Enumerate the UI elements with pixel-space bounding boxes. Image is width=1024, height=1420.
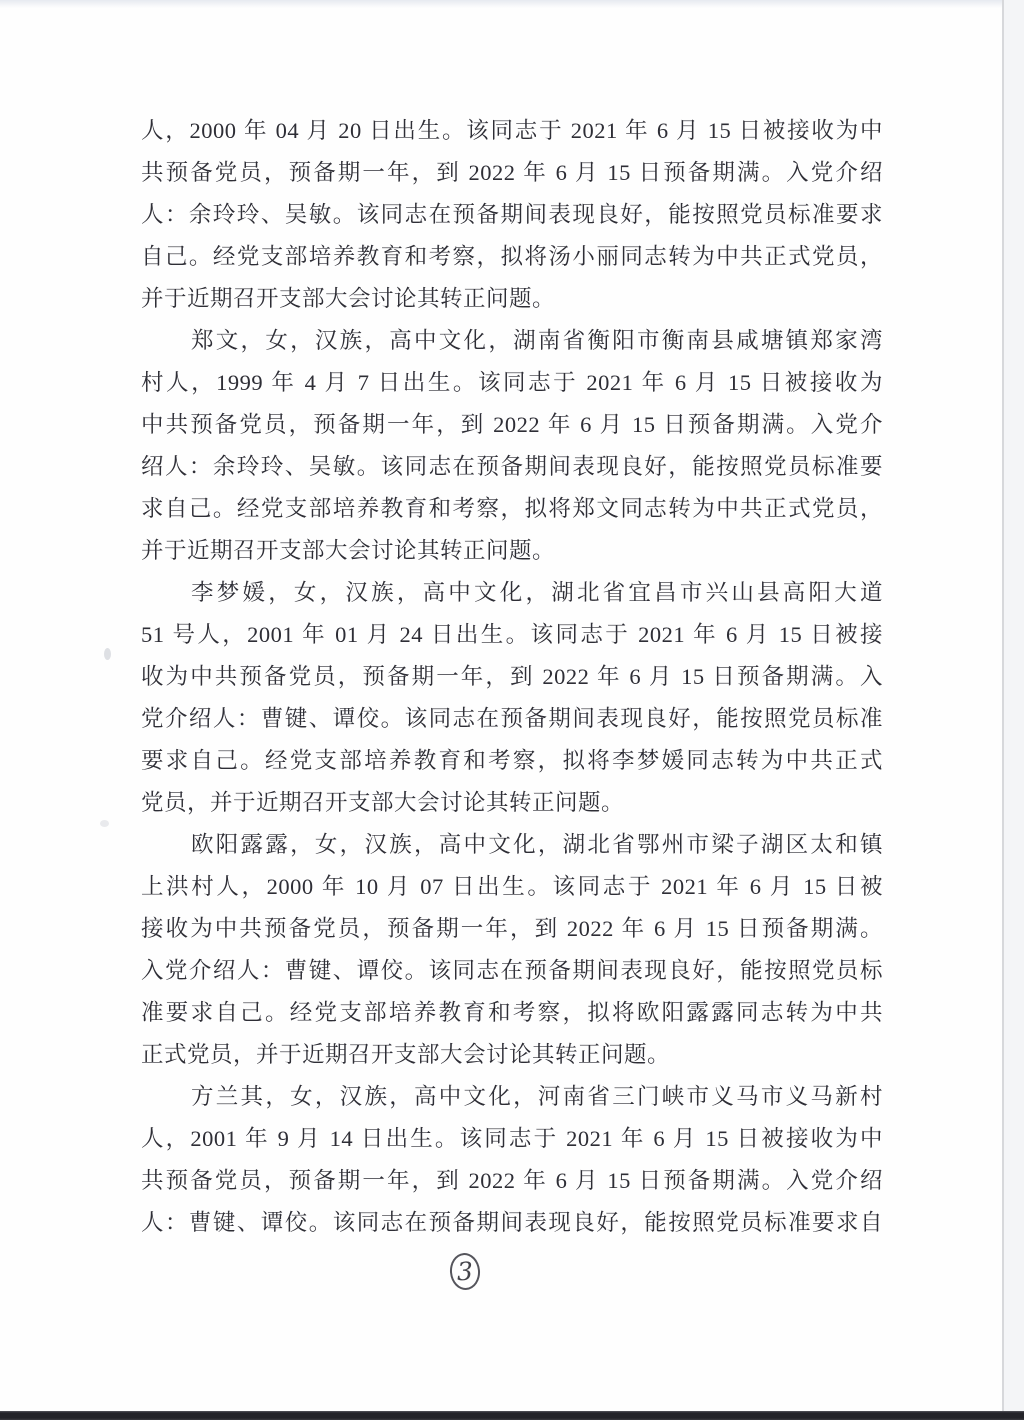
text-line: 上洪村人，2000 年 10 月 07 日出生。该同志于 2021 年 6 月 … — [141, 866, 883, 908]
text-line: 51 号人，2001 年 01 月 24 日出生。该同志于 2021 年 6 月… — [141, 614, 883, 656]
text-line: 求自己。经党支部培养教育和考察，拟将郑文同志转为中共正式党员， — [141, 488, 883, 530]
text-line: 入党介绍人：曹键、谭佼。该同志在预备期间表现良好，能按照党员标 — [141, 950, 883, 992]
text-line: 并于近期召开支部大会讨论其转正问题。 — [141, 278, 883, 320]
text-line: 方兰其，女，汉族，高中文化，河南省三门峡市义马市义马新村 — [141, 1076, 883, 1118]
scan-top-edge-tint — [0, 0, 1024, 8]
text-line: 中共预备党员，预备期一年，到 2022 年 6 月 15 日预备期满。入党介 — [141, 404, 883, 446]
text-line: 绍人：余玲玲、吴敏。该同志在预备期间表现良好，能按照党员标准要 — [141, 446, 883, 488]
text-line: 自己。经党支部培养教育和考察，拟将汤小丽同志转为中共正式党员， — [141, 236, 883, 278]
text-line: 并于近期召开支部大会讨论其转正问题。 — [141, 530, 883, 572]
scanned-document-page: 人，2000 年 04 月 20 日出生。该同志于 2021 年 6 月 15 … — [0, 0, 1024, 1420]
scan-bottom-bar — [0, 1411, 1024, 1420]
paragraph-fang-lanqi: 方兰其，女，汉族，高中文化，河南省三门峡市义马市义马新村 人，2001 年 9 … — [141, 1076, 883, 1244]
text-line: 人，2001 年 9 月 14 日出生。该同志于 2021 年 6 月 15 日… — [141, 1118, 883, 1160]
paragraph-li-mengyuan: 李梦媛，女，汉族，高中文化，湖北省宜昌市兴山县高阳大道 51 号人，2001 年… — [141, 572, 883, 824]
scan-speck — [104, 648, 111, 660]
scan-right-edge-strip — [1004, 0, 1024, 1412]
text-line: 共预备党员，预备期一年，到 2022 年 6 月 15 日预备期满。入党介绍 — [141, 152, 883, 194]
text-line: 要求自己。经党支部培养教育和考察，拟将李梦媛同志转为中共正式 — [141, 740, 883, 782]
paragraph-ouyang-lulu: 欧阳露露，女，汉族，高中文化，湖北省鄂州市梁子湖区太和镇 上洪村人，2000 年… — [141, 824, 883, 1076]
text-line: 共预备党员，预备期一年，到 2022 年 6 月 15 日预备期满。入党介绍 — [141, 1160, 883, 1202]
page-number-circle: 3 — [448, 1252, 481, 1291]
text-line: 人，2000 年 04 月 20 日出生。该同志于 2021 年 6 月 15 … — [141, 110, 883, 152]
paragraph-tang-xiaoli: 人，2000 年 04 月 20 日出生。该同志于 2021 年 6 月 15 … — [141, 110, 883, 320]
document-body: 人，2000 年 04 月 20 日出生。该同志于 2021 年 6 月 15 … — [141, 110, 883, 1244]
text-line: 党员，并于近期召开支部大会讨论其转正问题。 — [141, 782, 883, 824]
text-line: 接收为中共预备党员，预备期一年，到 2022 年 6 月 15 日预备期满。 — [141, 908, 883, 950]
text-line: 收为中共预备党员，预备期一年，到 2022 年 6 月 15 日预备期满。入 — [141, 656, 883, 698]
scan-speck — [100, 820, 109, 827]
text-line: 人：曹键、谭佼。该同志在预备期间表现良好，能按照党员标准要求自 — [141, 1202, 883, 1244]
paragraph-zheng-wen: 郑文，女，汉族，高中文化，湖南省衡阳市衡南县咸塘镇郑家湾 村人，1999 年 4… — [141, 320, 883, 572]
scan-page-edge-line — [1002, 0, 1004, 1420]
text-line: 党介绍人：曹键、谭佼。该同志在预备期间表现良好，能按照党员标准 — [141, 698, 883, 740]
text-line: 欧阳露露，女，汉族，高中文化，湖北省鄂州市梁子湖区太和镇 — [141, 824, 883, 866]
page-number: 3 — [457, 1259, 474, 1285]
text-line: 人：余玲玲、吴敏。该同志在预备期间表现良好，能按照党员标准要求 — [141, 194, 883, 236]
text-line: 村人，1999 年 4 月 7 日出生。该同志于 2021 年 6 月 15 日… — [141, 362, 883, 404]
text-line: 正式党员，并于近期召开支部大会讨论其转正问题。 — [141, 1034, 883, 1076]
text-line: 李梦媛，女，汉族，高中文化，湖北省宜昌市兴山县高阳大道 — [141, 572, 883, 614]
text-line: 郑文，女，汉族，高中文化，湖南省衡阳市衡南县咸塘镇郑家湾 — [141, 320, 883, 362]
text-line: 准要求自己。经党支部培养教育和考察，拟将欧阳露露同志转为中共 — [141, 992, 883, 1034]
